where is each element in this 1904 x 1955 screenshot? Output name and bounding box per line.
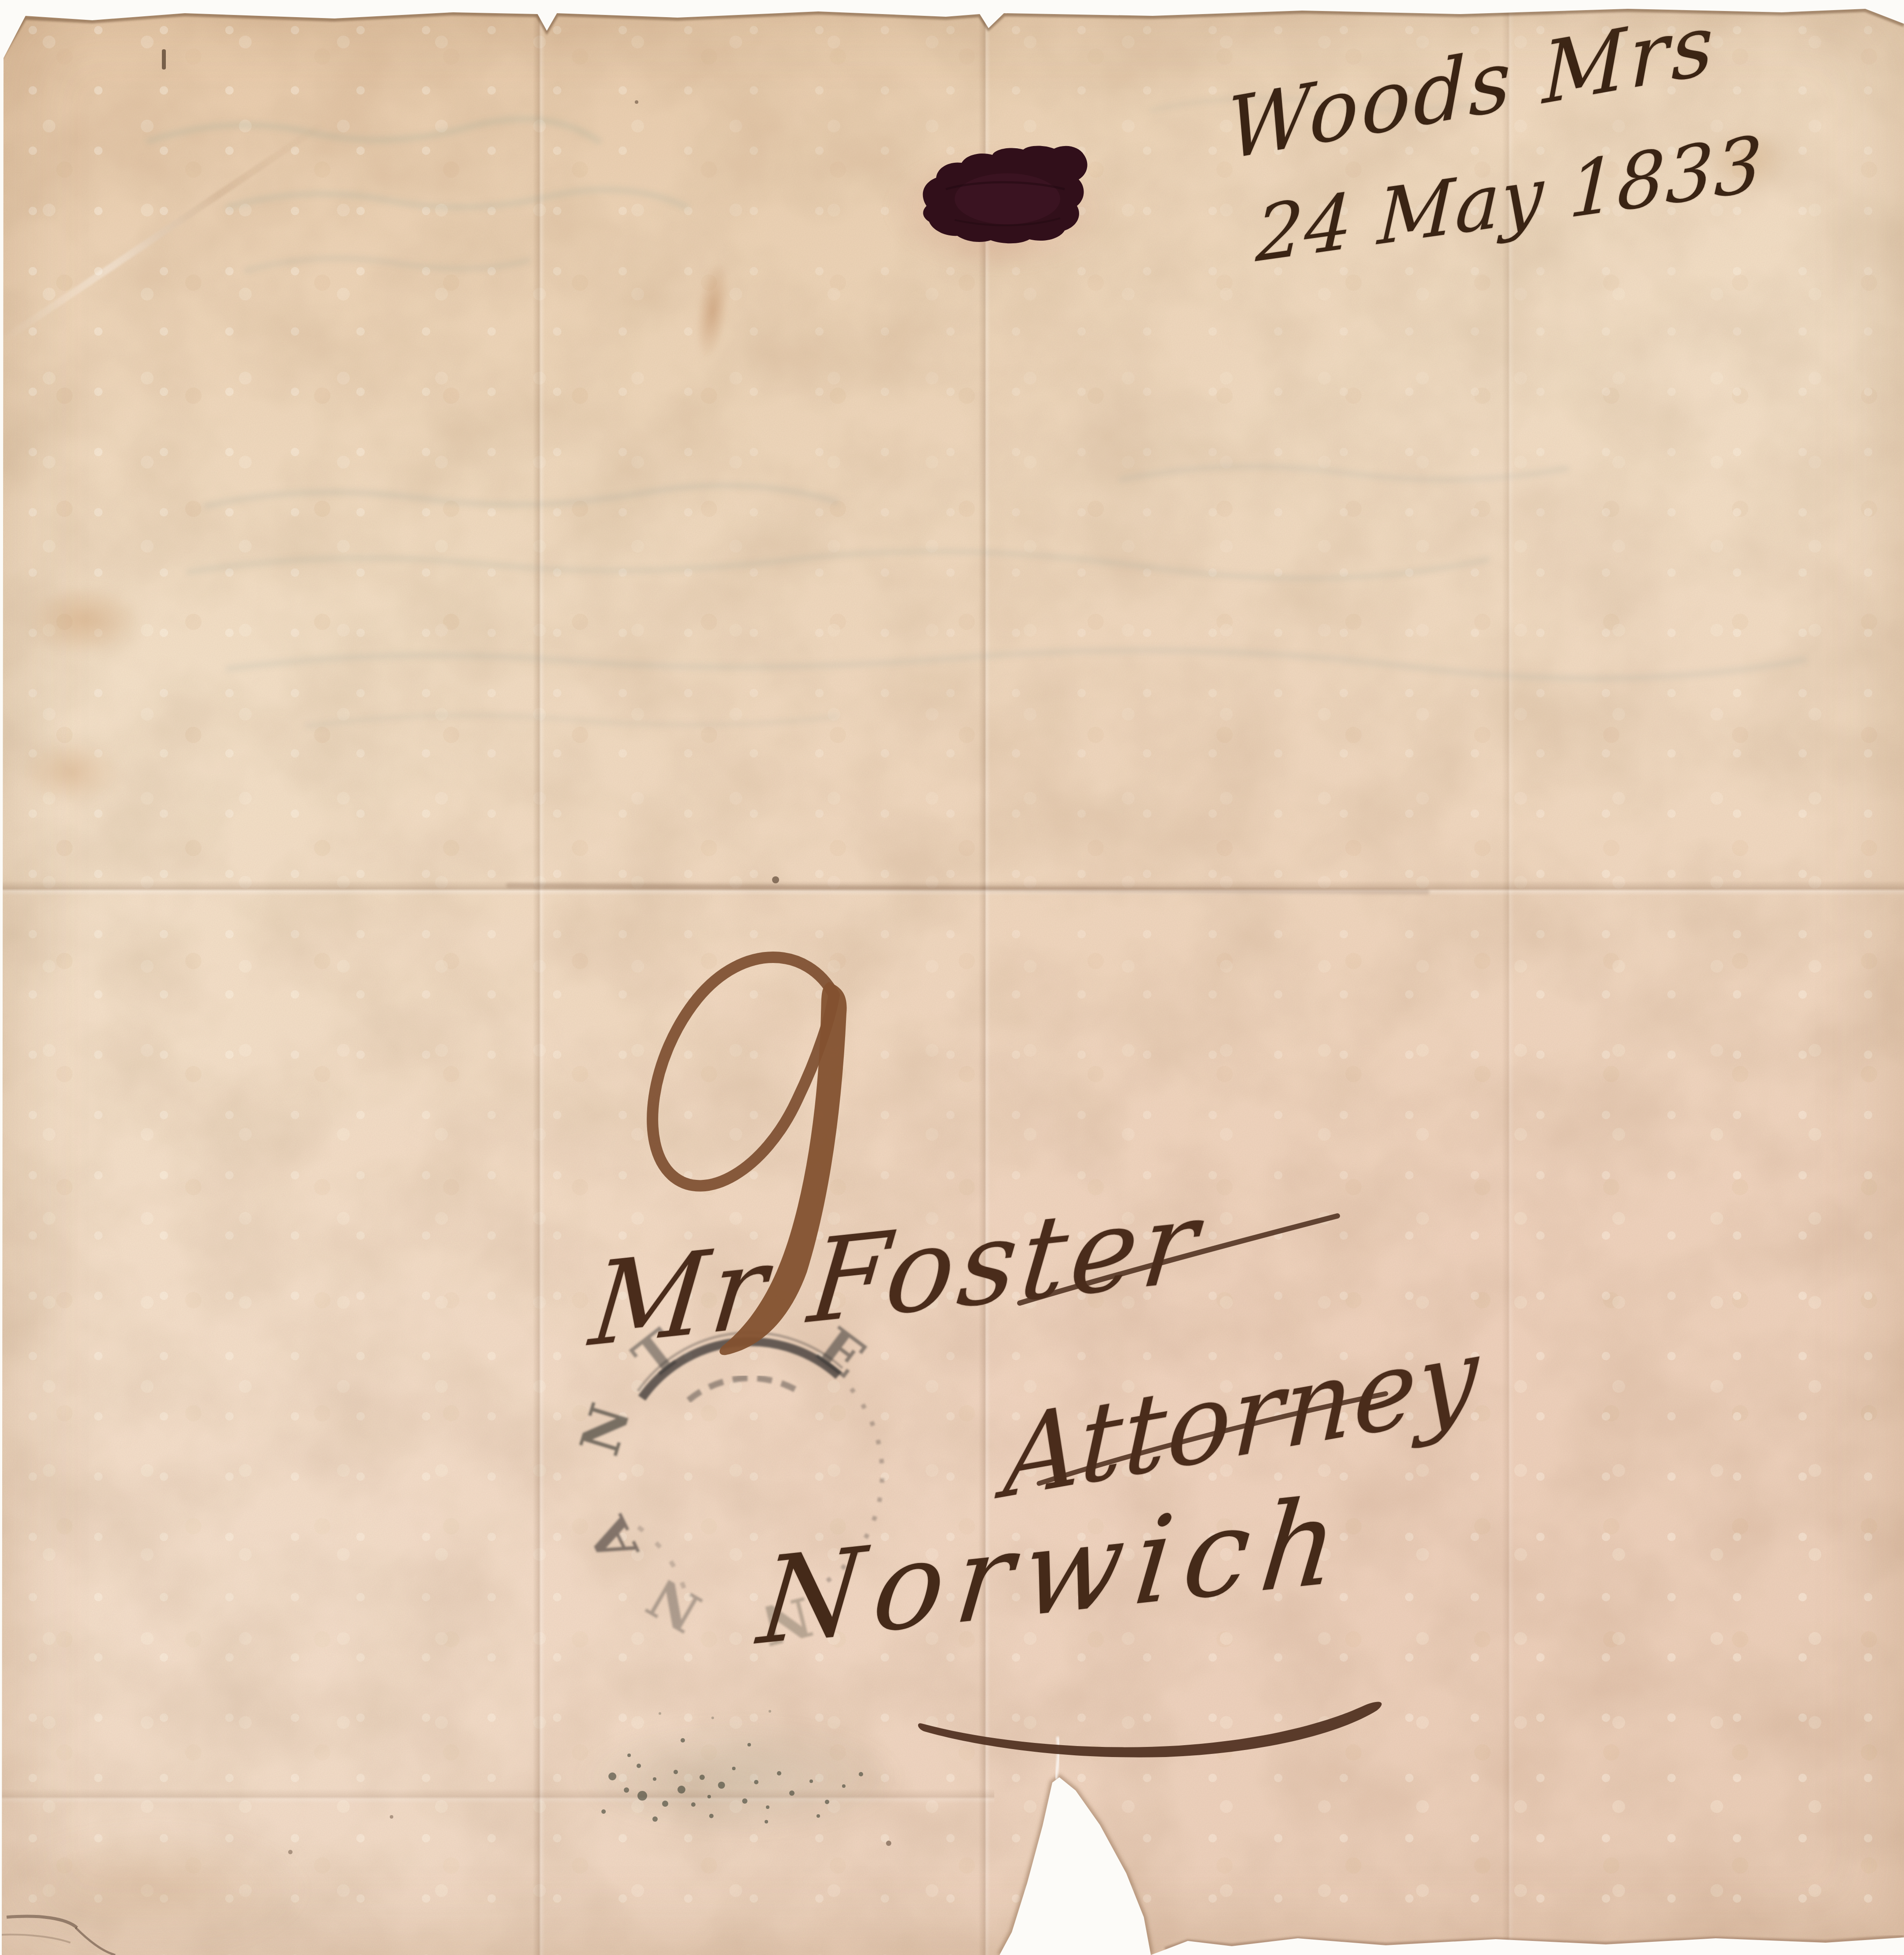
- paper-edge-vignette: [0, 0, 1904, 1955]
- paper-sheet: ETNANN: [0, 0, 1904, 1955]
- postal-rate-mark-value: 9: [0, 0, 0, 0]
- scanned-letter-image: ETNANN: [0, 0, 1904, 1955]
